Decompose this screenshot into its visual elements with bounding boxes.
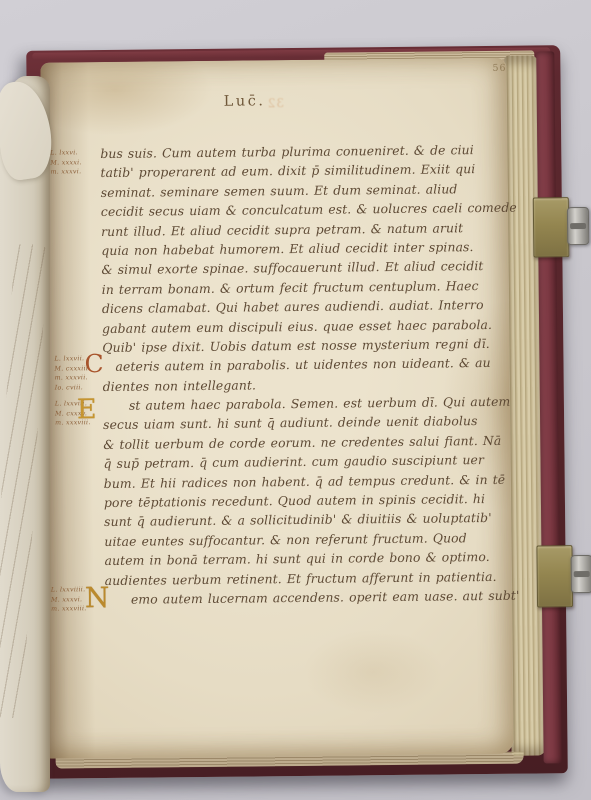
facing-page-text-blur [0, 243, 47, 718]
manuscript-text-block: bus suis. Cum autem turba plurima conuen… [100, 140, 507, 610]
canon-note: M. xxxvi. [51, 595, 87, 605]
initial-letter-e: E [77, 394, 97, 425]
canon-reference-group-4: L. lxxviiii. M. xxxvi. m. xxxviii. [51, 585, 87, 614]
book-binding: 56 Luc̄. 32 L. lxxvi. M. xxxxi. m. xxxvi… [26, 45, 568, 779]
running-header: Luc̄. [224, 93, 266, 109]
clasp-brass-plate [536, 545, 573, 607]
clasp-brass-plate [533, 197, 570, 257]
canon-reference-group-1: L. lxxvi. M. xxxxi. m. xxxvi. [50, 148, 82, 177]
facing-page-corner [0, 78, 57, 182]
canon-note: L. lxxvi. [50, 148, 81, 158]
canon-note: m. xxxvi. [50, 167, 81, 177]
book-clasp-top [533, 197, 591, 258]
manuscript-page: 56 Luc̄. 32 L. lxxvi. M. xxxxi. m. xxxvi… [40, 58, 513, 759]
page-number: 56 [492, 63, 506, 74]
book-clasp-bottom [536, 545, 591, 608]
canon-note: m. xxxviii. [51, 604, 87, 614]
clasp-metal-hinge [571, 555, 591, 593]
manuscript-photo: 56 Luc̄. 32 L. lxxvi. M. xxxxi. m. xxxvi… [0, 0, 591, 800]
initial-letter-c: C [84, 349, 103, 378]
canon-note: M. xxxxi. [50, 158, 81, 168]
canon-note: Io. cviii. [55, 383, 91, 393]
facing-page-edge [0, 76, 50, 792]
canon-note: L. lxxviiii. [51, 585, 87, 595]
ink-showthrough: 32 [267, 96, 284, 110]
clasp-metal-hinge [567, 207, 589, 245]
text-line: emo autem lucernam accendens. operit eam… [105, 586, 507, 610]
